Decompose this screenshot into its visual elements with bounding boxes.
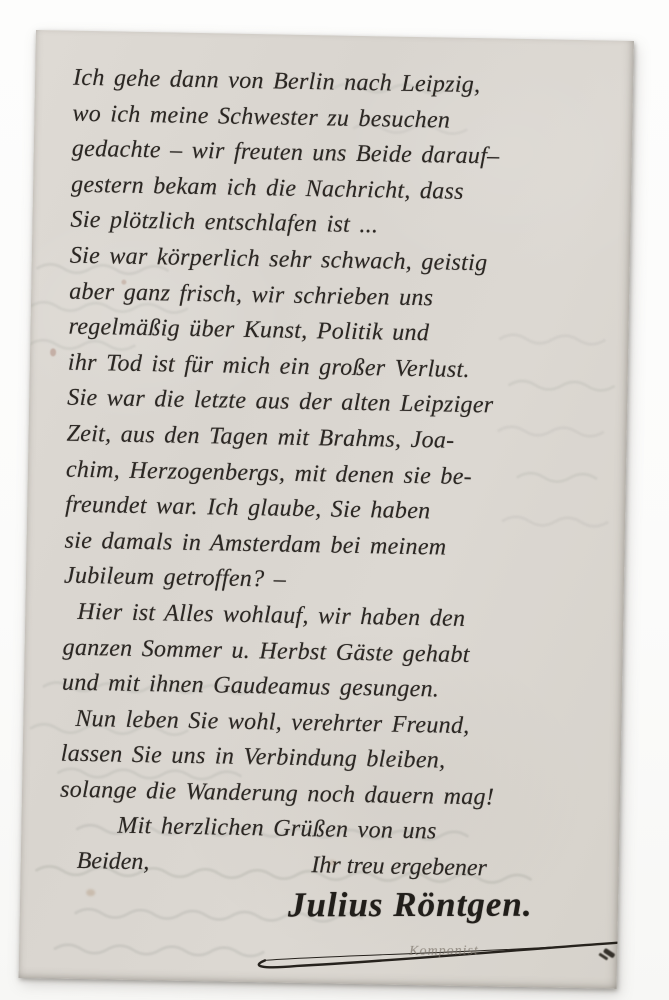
letter-page: Ich gehe dann von Berlin nach Leipzig, w… [19, 30, 634, 989]
foxing-spot [86, 889, 95, 896]
photograph-background: Ich gehe dann von Berlin nach Leipzig, w… [0, 0, 669, 1000]
closing-beiden: Beiden, [76, 848, 149, 889]
pencil-annotation: Komponist [409, 943, 479, 960]
signature: Julius Röntgen. [288, 885, 533, 926]
foxing-spot [50, 348, 56, 356]
letter-body: Ich gehe dann von Berlin nach Leipzig, w… [58, 61, 625, 898]
